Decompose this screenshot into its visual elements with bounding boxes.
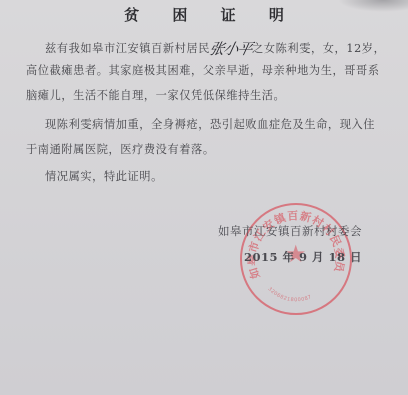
document-title: 贫 困 证 明 [0, 4, 408, 25]
handwritten-name: 张小平 [207, 38, 253, 59]
paragraph-3-line-1: 情况属实，特此证明。 [45, 168, 163, 184]
document-page: 贫 困 证 明 兹有我如皋市江安镇百新村居民张小平之女陈利雯，女，12岁， 高位… [0, 0, 408, 395]
text-prefix: 兹有我如皋市江安镇百新村居民 [45, 42, 210, 55]
signature-date: 2015 年 9 月 18 日 [244, 249, 362, 265]
svg-text:3206821800087: 3206821800087 [267, 286, 313, 303]
seal-serial: 3206821800087 [267, 286, 313, 303]
text-suffix: 之女陈利雯，女，12岁， [252, 42, 385, 55]
paragraph-2-line-1: 现陈利雯病情加重，全身褥疮，恐引起败血症危及生命，现入住 [45, 116, 375, 132]
paragraph-1-line-3: 脑瘫儿，生活不能自理，一家仅凭低保维持生活。 [26, 87, 285, 103]
paragraph-2-line-2: 于南通附属医院，医疗费没有着落。 [26, 141, 215, 157]
signature-organization: 如皋市江安镇百新村村委会 [218, 223, 362, 239]
paragraph-1-line-2: 高位截瘫患者。其家庭极其困难，父亲早逝，母亲种地为生，哥哥系 [26, 62, 380, 78]
paragraph-1-line-1: 兹有我如皋市江安镇百新村居民张小平之女陈利雯，女，12岁， [45, 36, 385, 57]
